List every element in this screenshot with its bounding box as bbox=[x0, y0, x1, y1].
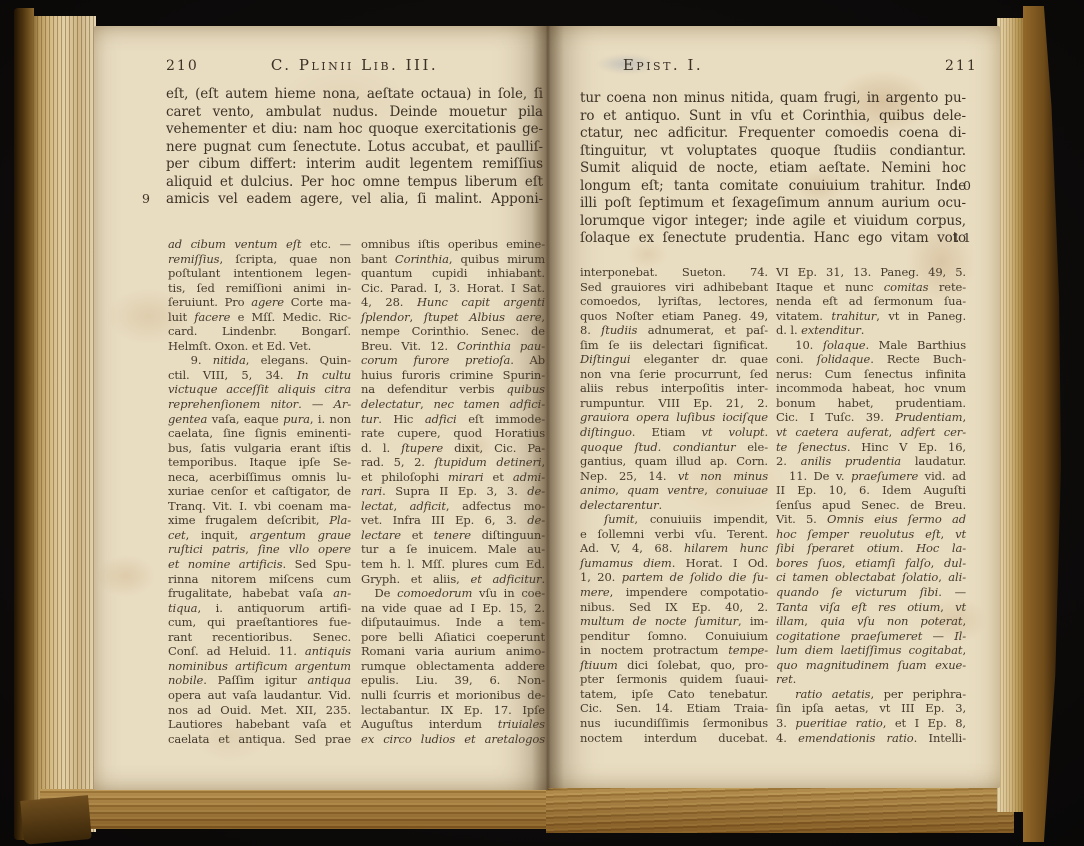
text-line: caret vento, ambulat nudus. Deinde mouet… bbox=[166, 104, 543, 122]
book-cover-right-edge bbox=[1023, 6, 1061, 842]
text-line: nus iucundiſſimis ſermonibus bbox=[580, 716, 768, 731]
text-line: comoedos, lyriſtas, lectores, bbox=[580, 294, 768, 309]
text-line: na vide quae ad I Ep. 15, 2. bbox=[361, 601, 545, 616]
text-line: 9. nitida, elegans. Quin- bbox=[168, 353, 351, 368]
text-line: 2. anilis prudentia laudatur. bbox=[776, 454, 966, 469]
main-text-right: tur coena non minus nitida, quam frugi, … bbox=[580, 90, 966, 248]
text-line: Tanta viſa eſt res otium, vt bbox=[776, 600, 966, 615]
book-cover-left-edge bbox=[14, 8, 34, 840]
text-line: illam, quia vſu non poterat, bbox=[776, 614, 966, 629]
text-line: quantum cupidi inhiabant. bbox=[361, 266, 545, 281]
text-line: ſtinguitur, vt voluptates quoque ſtudiis… bbox=[580, 143, 966, 161]
text-line: ad cibum ventum eſt etc. — bbox=[168, 237, 351, 252]
text-line: mere, impendere compotatio- bbox=[580, 585, 768, 600]
text-line: 4, 28. Hunc capit argenti bbox=[361, 295, 545, 310]
text-line: e ſollemni verbi vſu. Terent. bbox=[580, 527, 768, 542]
text-line: Romani varia aurium animo- bbox=[361, 644, 545, 659]
text-line: aliquid et dulcius. Per hoc omne tempus … bbox=[166, 174, 543, 192]
text-line: Auguſtus interdum triuiales bbox=[361, 717, 545, 732]
text-line: vitatem. trahitur, vt in Paneg. bbox=[776, 309, 966, 324]
text-line: pore belli Aſiatici coeperunt bbox=[361, 630, 545, 645]
text-line: pter ſermonis quidem ſuaui- bbox=[580, 672, 768, 687]
page-edges-right bbox=[997, 18, 1025, 812]
text-line: huius furoris crimine Spurin- bbox=[361, 368, 545, 383]
page-number-right: 211 bbox=[945, 58, 978, 74]
text-line: d. l. extenditur. bbox=[776, 323, 966, 338]
text-line: Cic. Sen. 14. Etiam Traia- bbox=[580, 701, 768, 716]
text-line: 11. De v. praeſumere vid. ad bbox=[776, 469, 966, 484]
text-line: luit facere e Mſſ. Medic. Ric- bbox=[168, 310, 351, 325]
text-line: lorumque vigor integer; inde agile et vi… bbox=[580, 213, 966, 231]
text-line: tur a ſe inuicem. Male au- bbox=[361, 542, 545, 557]
text-line: Itaque et nunc comitas rete- bbox=[776, 280, 966, 295]
text-line: tatem, ipſe Cato tenebatur. bbox=[580, 687, 768, 702]
text-line: quando ſe victurum ſibi. — bbox=[776, 585, 966, 600]
text-line: lectabantur. IX Ep. 17. Ipſe bbox=[361, 703, 545, 718]
text-line: tiqua, i. antiquorum artifi- bbox=[168, 601, 351, 616]
text-line: II Ep. 10, 6. Idem Auguſti bbox=[776, 483, 966, 498]
text-line: nibus. Sed IX Ep. 40, 2. bbox=[580, 600, 768, 615]
text-line: cogitatione praeſumeret — Il- bbox=[776, 629, 966, 644]
text-line: rumpuntur. VIII Ep. 21, 2. bbox=[580, 396, 768, 411]
text-line: frugalitate, habebat vaſa an- bbox=[168, 586, 351, 601]
text-line: et philoſophi mirari et admi- bbox=[361, 470, 545, 485]
text-line: 4. emendationis ratio. Intelli- bbox=[776, 731, 966, 746]
text-line: lectare et tenere diſtinguun- bbox=[361, 528, 545, 543]
text-line: Sumit aliquid de nocte, etiam aeſtate. N… bbox=[580, 160, 966, 178]
running-head-left: C. Plinii Lib. III. bbox=[166, 56, 543, 74]
text-line: poſtulant intentionem legen- bbox=[168, 266, 351, 281]
text-line: nenda eſt ad ſermonum ſua- bbox=[776, 294, 966, 309]
left-page: 210 C. Plinii Lib. III. eſt, (eſt autem … bbox=[94, 26, 548, 790]
text-line: ratio aetatis, per periphra- bbox=[776, 687, 966, 702]
text-line: nobile. Paſſim igitur antiqua bbox=[168, 673, 351, 688]
text-line: per cibum differt: interim audit legente… bbox=[166, 156, 543, 174]
text-line: na defenditur verbis quibus bbox=[361, 382, 545, 397]
text-line: epulis. Liu. 39, 6. Non- bbox=[361, 673, 545, 688]
text-line: corum furore pretioſa. Ab bbox=[361, 353, 545, 368]
text-line: hoc ſemper reuolutus eſt, vt bbox=[776, 527, 966, 542]
notes-left-column-2: omnibus iſtis operibus emine-bant Corint… bbox=[361, 237, 545, 746]
text-line: ſumit, conuiuiis impendit, bbox=[580, 512, 768, 527]
text-line: ctatur, nec adficitur. Frequenter comoed… bbox=[580, 125, 966, 143]
section-number-9: 9 bbox=[142, 191, 153, 206]
text-line: card. Lindenbr. Bongarſ. bbox=[168, 324, 351, 339]
text-line: delectatur, nec tamen adfici- bbox=[361, 397, 545, 412]
text-line: tis, ſed remiſſioni animi in- bbox=[168, 281, 351, 296]
text-line: cum, qui praeſtantiores fue- bbox=[168, 615, 351, 630]
text-line: rate cupere, quod Horatius bbox=[361, 426, 545, 441]
text-line: Gryph. et aliis, et adficitur. bbox=[361, 572, 545, 587]
text-line: nulli ſcurris et morionibus de- bbox=[361, 688, 545, 703]
text-line: lectat, adficit, adfectus mo- bbox=[361, 499, 545, 514]
running-head-right: Epist. I. bbox=[558, 56, 768, 74]
text-line: rant recentioribus. Senec. bbox=[168, 630, 351, 645]
text-line: nere pugnat cum ſenectute. Lotus accubat… bbox=[166, 139, 543, 157]
text-line: Sed grauiores viri adhibebant bbox=[580, 280, 768, 295]
text-line: Conſ. ad Heluid. 11. antiquis bbox=[168, 644, 351, 659]
text-line: neca, acerbiſſimus omnis lu- bbox=[168, 470, 351, 485]
text-line: opera aut vaſa laudantur. Vid. bbox=[168, 688, 351, 703]
text-line: diſtinguo. Etiam vt volupt. bbox=[580, 425, 768, 440]
text-line: Lautiores habebant vaſa et bbox=[168, 717, 351, 732]
text-line: ſtiuum dici ſolebat, quo, pro- bbox=[580, 658, 768, 673]
text-line: nominibus artificum argentum bbox=[168, 659, 351, 674]
page-edges-left bbox=[33, 16, 96, 832]
text-line: aliis rebus interpoſitis inter- bbox=[580, 381, 768, 396]
text-line: Tranq. Vit. I. vbi coenam ma- bbox=[168, 499, 351, 514]
text-line: ſumamus diem. Horat. I Od. bbox=[580, 556, 768, 571]
text-line: animo, quam ventre, conuiuae bbox=[580, 483, 768, 498]
text-line: ruſtici patris, ſine vllo opere bbox=[168, 542, 351, 557]
text-line: quo magnitudinem ſuam exue- bbox=[776, 658, 966, 673]
text-line: 1, 20. partem de ſolido die ſu- bbox=[580, 570, 768, 585]
text-line: 8. ſtudiis adnumerat, et paſ- bbox=[580, 323, 768, 338]
text-line: vehementer et diu: nam hoc quoque exerci… bbox=[166, 121, 543, 139]
text-line: penditur ſomno. Conuiuium bbox=[580, 629, 768, 644]
text-line: temporibus. Itaque ipſe Se- bbox=[168, 455, 351, 470]
text-line: cet, inquit, argentum graue bbox=[168, 528, 351, 543]
text-line: gentea vaſa, eaque pura, i. non bbox=[168, 412, 351, 427]
page-edges-bottom-right bbox=[546, 787, 1014, 833]
text-line: De comoedorum vſu in coe- bbox=[361, 586, 545, 601]
text-line: ſim ſe iis delectari ſignificat. bbox=[580, 338, 768, 353]
page-edges-bottom-left bbox=[40, 789, 546, 829]
text-line: 3. pueritiae ratio, et I Ep. 8, bbox=[776, 716, 966, 731]
notes-left-column-1: ad cibum ventum eſt etc. —remiſſius, ſcr… bbox=[168, 237, 351, 746]
text-line: xuriae cenſor et caſtigator, de bbox=[168, 484, 351, 499]
text-line: multum de nocte ſumitur, im- bbox=[580, 614, 768, 629]
text-line: longum eſt; tanta comitate conuiuium tra… bbox=[580, 178, 966, 196]
text-line: nos ad Ouid. Met. XII, 235. bbox=[168, 703, 351, 718]
text-line: bores ſuos, etiamſi falſo, dul- bbox=[776, 556, 966, 571]
text-line: ret. bbox=[776, 672, 966, 687]
text-line: delectarentur. bbox=[580, 498, 768, 513]
text-line: xime frugalem deſcribit, Pla- bbox=[168, 513, 351, 528]
text-line: rad. 5, 2. ſtupidum detineri, bbox=[361, 455, 545, 470]
text-line: eſt, (eſt autem hieme nona, aeſtate octa… bbox=[166, 86, 543, 104]
text-line: interponebat. Sueton. 74. bbox=[580, 265, 768, 280]
text-line: ſeruiunt. Pro agere Corte ma- bbox=[168, 295, 351, 310]
notes-right-column-2: VI Ep. 31, 13. Paneg. 49, 5.Itaque et nu… bbox=[776, 265, 966, 745]
text-line: caelata, ſine ſignis eminenti- bbox=[168, 426, 351, 441]
text-line: Ad. V, 4, 68. hilarem hunc bbox=[580, 541, 768, 556]
text-line: noctem interdum ducebat. bbox=[580, 731, 768, 746]
text-line: ſolaque ex ſenectute prudentia. Hanc ego… bbox=[580, 230, 966, 248]
text-line: vet. Infra III Ep. 6, 3. de- bbox=[361, 513, 545, 528]
text-line: reprehenſionem nitor. — Ar- bbox=[168, 397, 351, 412]
text-line: victuque acceſſit aliquis citra bbox=[168, 382, 351, 397]
text-line: ſibi ſperaret otium. Hoc la- bbox=[776, 541, 966, 556]
text-line: quos Noſter etiam Paneg. 49, bbox=[580, 309, 768, 324]
text-line: ſenſus apud Senec. de Breu. bbox=[776, 498, 966, 513]
text-line: tur. Hic adfici eſt immode- bbox=[361, 412, 545, 427]
text-line: Diſtingui eleganter dr. quae bbox=[580, 352, 768, 367]
text-line: nempe Corinthio. Senec. de bbox=[361, 324, 545, 339]
text-line: tem h. l. Mſſ. plures cum Ed. bbox=[361, 557, 545, 572]
text-line: te ſenectus. Hinc V Ep. 16, bbox=[776, 440, 966, 455]
text-line: Cic. I Tuſc. 39. Prudentiam, bbox=[776, 410, 966, 425]
text-line: bus, ſatis vulgaria erant iſtis bbox=[168, 441, 351, 456]
text-line: in noctem protractum tempe- bbox=[580, 643, 768, 658]
text-line: illi poſt ſeptimum et ſexageſimum annum … bbox=[580, 195, 966, 213]
text-line: incommoda habeat, hoc vnum bbox=[776, 381, 966, 396]
text-line: Helmſt. Oxon. et Ed. Vet. bbox=[168, 339, 351, 354]
text-line: Nep. 25, 14. vt non minus bbox=[580, 469, 768, 484]
text-line: omnibus iſtis operibus emine- bbox=[361, 237, 545, 252]
text-line: Vit. 5. Omnis eius ſermo ad bbox=[776, 512, 966, 527]
right-page: 211 Epist. I. tur coena non minus nitida… bbox=[548, 26, 1000, 788]
text-line: remiſſius, ſcripta, quae non bbox=[168, 252, 351, 267]
text-line: lum diem laetiſſimus cogitabat, bbox=[776, 643, 966, 658]
text-line: bonum habet, prudentiam. bbox=[776, 396, 966, 411]
text-line: rinna nitorem miſcens cum bbox=[168, 572, 351, 587]
text-line: VI Ep. 31, 13. Paneg. 49, 5. bbox=[776, 265, 966, 280]
text-line: caelata et antiqua. Sed prae bbox=[168, 732, 351, 747]
text-line: nerus: Cum ſenectus infinita bbox=[776, 367, 966, 382]
text-line: bant Corinthia, quibus mirum bbox=[361, 252, 545, 267]
text-line: ſin ipſa aetas, vt III Ep. 3, bbox=[776, 701, 966, 716]
section-number-11: 11 bbox=[952, 230, 974, 245]
book-photo: 210 C. Plinii Lib. III. eſt, (eſt autem … bbox=[0, 0, 1084, 846]
text-line: ci tamen oblectabat ſolatio, ali- bbox=[776, 570, 966, 585]
book-cover-bottom-corner bbox=[20, 795, 92, 845]
notes-right-column-1: interponebat. Sueton. 74.Sed grauiores v… bbox=[580, 265, 768, 745]
text-line: grauiora opera luſibus iociſque bbox=[580, 410, 768, 425]
text-line: vt caetera auferat, adfert cer- bbox=[776, 425, 966, 440]
text-line: coni. ſolidaque. Recte Buch- bbox=[776, 352, 966, 367]
section-number-10: 10 bbox=[952, 178, 974, 193]
text-line: diſputauimus. Inde a tem- bbox=[361, 615, 545, 630]
text-line: gantius, quam illud ap. Corn. bbox=[580, 454, 768, 469]
text-line: Breu. Vit. 12. Corinthia pau- bbox=[361, 339, 545, 354]
text-line: ctil. VIII, 5, 34. In cultu bbox=[168, 368, 351, 383]
text-line: ex circo ludios et aretalogos bbox=[361, 732, 545, 747]
text-line: Cic. Parad. I, 3. Horat. I Sat. bbox=[361, 281, 545, 296]
text-line: non vna ſerie procurrunt, ſed bbox=[580, 367, 768, 382]
text-line: 10. ſolaque. Male Barthius bbox=[776, 338, 966, 353]
text-line: amicis vel eadem agere, vel alia, ſi mal… bbox=[166, 191, 543, 209]
text-line: quoque ſtud. condiantur ele- bbox=[580, 440, 768, 455]
text-line: ro et antiquo. Sunt in vſu et Corinthia,… bbox=[580, 108, 966, 126]
text-line: rumque oblectamenta addere bbox=[361, 659, 545, 674]
text-line: rari. Supra II Ep. 3, 3. de- bbox=[361, 484, 545, 499]
text-line: et nomine artificis. Sed Spu- bbox=[168, 557, 351, 572]
text-line: tur coena non minus nitida, quam frugi, … bbox=[580, 90, 966, 108]
main-text-left: eſt, (eſt autem hieme nona, aeſtate octa… bbox=[166, 86, 543, 209]
text-line: d. l. ſtupere dixit, Cic. Pa- bbox=[361, 441, 545, 456]
text-line: ſplendor, ſtupet Albius aere, bbox=[361, 310, 545, 325]
